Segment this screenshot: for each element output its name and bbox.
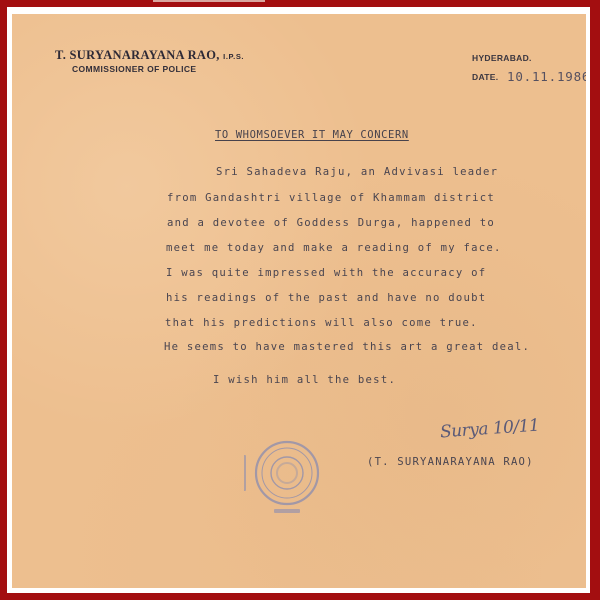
officer-title: COMMISSIONER OF POLICE [72, 64, 197, 74]
official-seal-icon [244, 437, 330, 523]
letter-heading: TO WHOMSOEVER IT MAY CONCERN [215, 129, 409, 141]
letter-line: He seems to have mastered this art a gre… [164, 341, 530, 353]
letter-document: T. SURYANARAYANA RAO, I.P.S. COMMISSIONE… [12, 14, 586, 588]
letter-line: Sri Sahadeva Raju, an Advivasi leader [216, 166, 498, 178]
letter-line: that his predictions will also come true… [165, 317, 478, 329]
letter-line: meet me today and make a reading of my f… [166, 242, 502, 254]
letter-line: I was quite impressed with the accuracy … [166, 267, 486, 279]
officer-suffix: I.P.S. [223, 52, 244, 61]
letter-line: his readings of the past and have no dou… [166, 292, 486, 304]
letter-line: from Gandashtri village of Khammam distr… [167, 192, 495, 204]
letter-line: and a devotee of Goddess Durga, happened… [167, 217, 495, 229]
signatory-name: (T. SURYANARAYANA RAO) [367, 456, 534, 468]
top-tab-strip [153, 0, 265, 2]
officer-name: T. SURYANARAYANA RAO, [55, 48, 220, 62]
letterhead-officer-name: T. SURYANARAYANA RAO, I.P.S. [55, 48, 244, 63]
date-value: 10.11.1986 [507, 69, 586, 84]
letter-city: HYDERABAD. [472, 53, 532, 63]
date-label: DATE. [472, 72, 498, 82]
handwritten-signature: Surya 10/11 [439, 416, 540, 443]
letter-line: I wish him all the best. [213, 374, 396, 386]
